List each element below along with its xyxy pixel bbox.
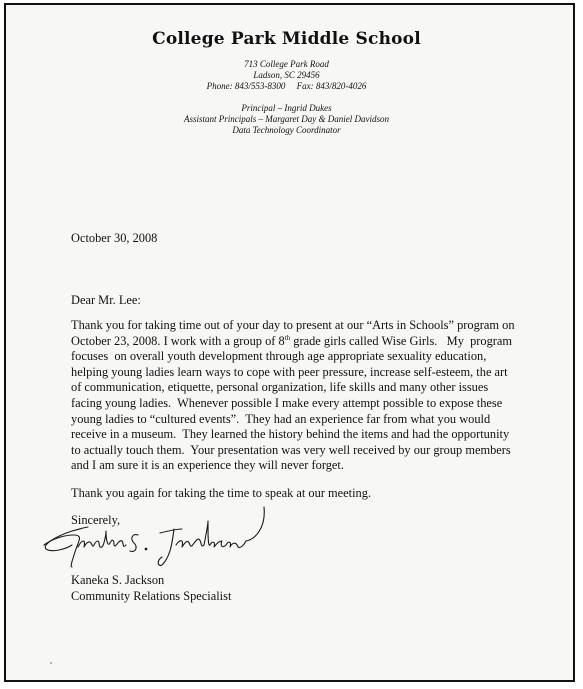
body-line: young ladies to “cultured events”. They … — [71, 412, 490, 427]
principal: Principal – Ingrid Dukes — [3, 103, 570, 113]
body-line: focuses on overall youth development thr… — [71, 349, 486, 364]
signature-icon — [42, 505, 272, 571]
closing-paragraph: Thank you again for taking the time to s… — [71, 486, 371, 501]
body-line: receive in a museum. They learned the hi… — [71, 427, 509, 442]
coordinator: Data Technology Coordinator — [3, 125, 570, 135]
body-line: Thank you for taking time out of your da… — [71, 318, 515, 333]
body-line: and I am sure it is an experience they w… — [71, 458, 344, 473]
address-line-1: 713 College Park Road — [3, 59, 570, 69]
scan-speck — [50, 662, 52, 664]
signer-title: Community Relations Specialist — [71, 589, 231, 604]
body-line: facing young ladies. Whenever possible I… — [71, 396, 502, 411]
assistant-principals: Assistant Principals – Margaret Day & Da… — [3, 114, 570, 124]
body-line: to actually touch them. Your presentatio… — [71, 443, 511, 458]
address-line-2: Ladson, SC 29456 — [3, 70, 570, 80]
signer-name: Kaneka S. Jackson — [71, 573, 164, 588]
school-name: College Park Middle School — [3, 29, 570, 49]
body-line: of communication, etiquette, personal or… — [71, 380, 488, 395]
letter-date: October 30, 2008 — [71, 231, 157, 246]
salutation: Dear Mr. Lee: — [71, 293, 141, 308]
body-line: helping young ladies learn ways to cope … — [71, 365, 508, 380]
body-line: October 23, 2008. I work with a group of… — [71, 334, 512, 349]
phone-fax: Phone: 843/553-8300 Fax: 843/820-4026 — [3, 81, 570, 91]
